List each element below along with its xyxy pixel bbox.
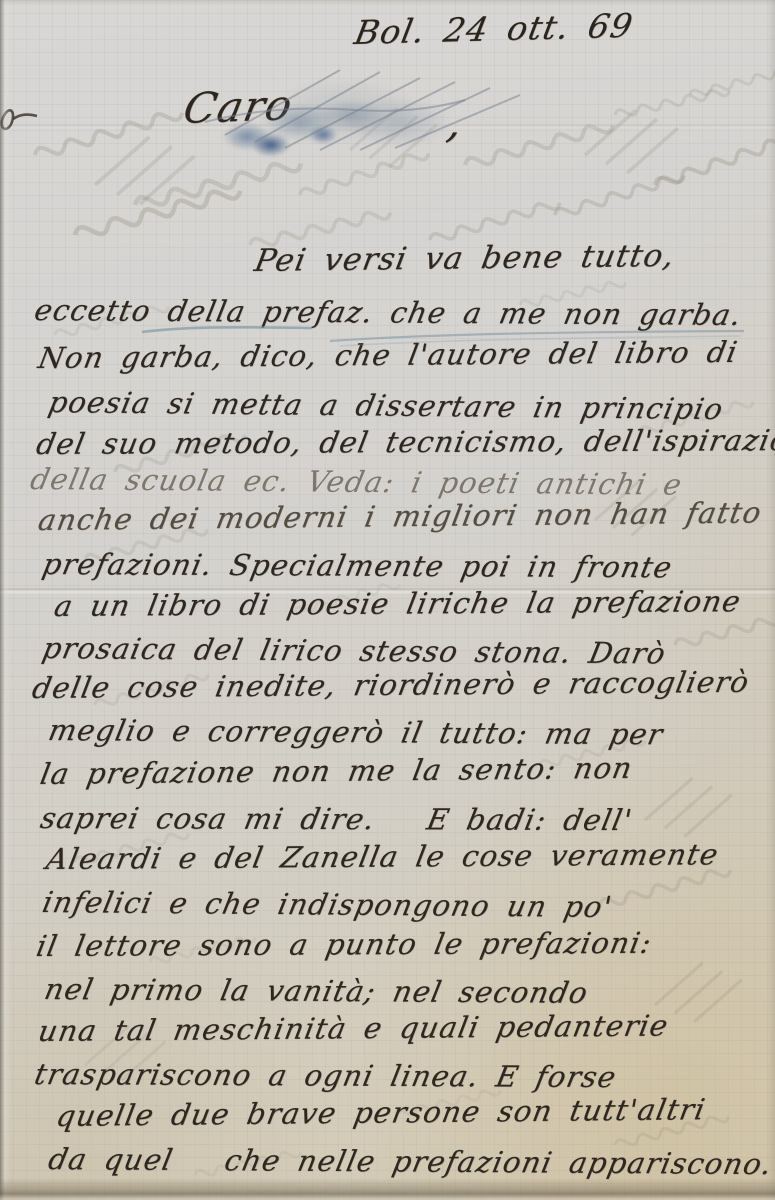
page-bottom-shadow <box>0 1178 775 1200</box>
manuscript-line-8: prefazioni. Specialmente poi in fronte <box>40 550 675 582</box>
manuscript-line-16: infelici e che indispongono un po' <box>40 888 615 922</box>
salutation-comma: , <box>444 102 468 144</box>
manuscript-line-11: delle cose inedite, riordinerò e raccogl… <box>30 668 752 703</box>
manuscript-line-12: meglio e correggerò il tutto: ma per <box>46 716 666 749</box>
manuscript-line-17: il lettore sono a punto le prefazioni: <box>34 929 654 961</box>
salutation: Caro <box>180 84 296 130</box>
manuscript-line-22: da quel che nelle prefazioni appariscono… <box>46 1145 775 1179</box>
manuscript-line-4: poesia si metta a dissertare in principi… <box>46 388 726 424</box>
manuscript-line-14: saprei cosa mi dire. E badi: dell' <box>38 804 635 835</box>
paper-right-edge <box>767 0 775 1200</box>
manuscript-line-3: Non garba, dico, che l'autore del libro … <box>36 338 740 373</box>
manuscript-line-20: traspariscono a ogni linea. E forse <box>32 1060 619 1092</box>
paper-top-edge <box>0 0 775 6</box>
manuscript-line-21: quelle due brave persone son tutt'altri <box>54 1095 708 1131</box>
manuscript-line-13: la prefazione non me la sento: non <box>38 754 635 789</box>
manuscript-line-15: Aleardi e del Zanella le cose veramente <box>44 840 721 874</box>
manuscript-line-6: della scuola ec. Veda: i poeti antichi e <box>28 465 685 500</box>
manuscript-line-9: a un libro di poesie liriche la prefazio… <box>52 587 744 621</box>
manuscript-line-5: del suo metodo, del tecnicismo, dell'isp… <box>34 426 775 459</box>
letter-page: Bol. 24 ott. 69 Caro , Pei versi va bene… <box>0 0 775 1200</box>
manuscript-line-1: Pei versi va bene tutto, <box>252 241 677 277</box>
manuscript-line-10: prosaica del lirico stesso stona. Darò <box>40 634 669 668</box>
manuscript-line-19: una tal meschinità e quali pedanterie <box>36 1012 671 1046</box>
dateline: Bol. 24 ott. 69 <box>352 9 636 49</box>
manuscript-line-7: anche dei moderni i migliori non han fat… <box>36 498 764 535</box>
fold-crease-top <box>0 124 775 129</box>
stray-ink-mark <box>2 110 37 129</box>
manuscript-line-18: nel primo la vanità; nel secondo <box>42 975 591 1008</box>
paper-left-edge <box>0 0 11 1200</box>
manuscript-line-2: eccetto della prefaz. che a me non garba… <box>32 296 744 330</box>
